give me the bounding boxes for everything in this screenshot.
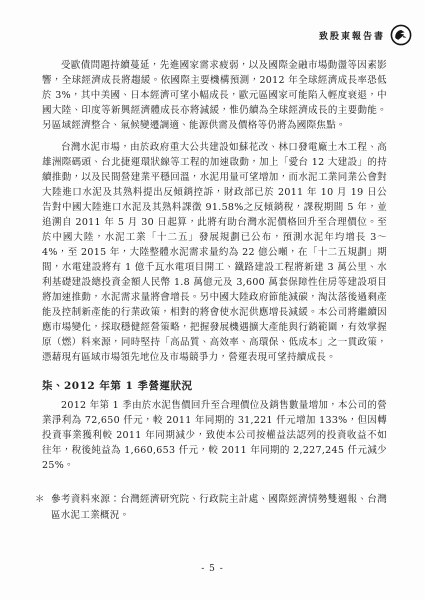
page-footer: - 5 - bbox=[0, 564, 425, 574]
paragraph-global-economy: 受歐債問題持續蔓延，先進國家需求疲弱，以及國際金融市場動盪等因素影響，全球經濟成… bbox=[42, 58, 387, 133]
footnote-marker: ＊ bbox=[35, 492, 51, 524]
report-body: 受歐債問題持續蔓延，先進國家需求疲弱，以及國際金融市場動盪等因素影響，全球經濟成… bbox=[42, 58, 387, 524]
report-page: 致股東報告書 受歐債問題持續蔓延，先進國家需求疲弱，以及國際金融市場動盪等因素影… bbox=[0, 0, 425, 600]
page-number: - 5 - bbox=[201, 564, 224, 574]
paragraph-2012-q1-results: 2012 年第 1 季由於水泥售價回升至合理價位及銷售數量增加，本公司的營業淨利… bbox=[42, 398, 387, 473]
section-heading-2012-q1-operations: 柒、2012 年第 1 季營運狀況 bbox=[42, 378, 387, 393]
footnote-source-text: 參考資料來源：台灣經濟研究院、行政院主計處、國際經濟情勢雙週報、台灣區水泥工業概… bbox=[51, 492, 387, 524]
footnote: ＊ 參考資料來源：台灣經濟研究院、行政院主計處、國際經濟情勢雙週報、台灣區水泥工… bbox=[35, 492, 387, 524]
paragraph-cement-market-outlook: 台灣水泥市場，由於政府重大公共建設如蘇花改、林口發電廠土木工程、高雄洲際碼頭、台… bbox=[42, 140, 387, 365]
page-header: 致股東報告書 bbox=[319, 24, 412, 46]
header-title: 致股東報告書 bbox=[319, 29, 385, 42]
company-seal-icon bbox=[390, 24, 412, 46]
